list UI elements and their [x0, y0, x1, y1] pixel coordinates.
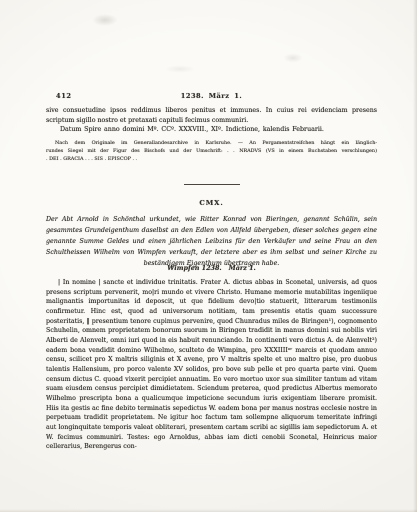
charter-dateline: Wimpfen 1238.März 1.	[46, 264, 377, 272]
charter-regest: Der Abt Arnold in Schönthal urkundet, wi…	[46, 214, 377, 269]
source-note: Nach dem Originale im Generallandesarchi…	[46, 139, 377, 163]
source-note-line: Nach dem Originale im Generallandesarchi…	[46, 139, 377, 147]
source-note-line: . DEI . GRACIA . . . SIS . EPISCOP . .	[46, 155, 377, 163]
running-head-row: 412 1238. März 1.	[46, 92, 377, 100]
scan-artifact	[280, 52, 306, 64]
dateline-date: März 1.	[229, 264, 256, 272]
charter-text: | In nomine | sancte et individue trinit…	[46, 278, 377, 452]
scanned-page: 412 1238. März 1. sive consuetudine ipso…	[0, 0, 417, 512]
scan-artifact	[160, 64, 200, 74]
scan-artifact	[88, 12, 122, 28]
page-number: 412	[56, 92, 72, 100]
dateline-place-year: Wimpfen 1238.	[167, 264, 221, 272]
source-note-line: rundes Siegel mit der Figur des Bischofs…	[46, 147, 377, 155]
section-divider-rule	[184, 184, 240, 185]
previous-charter-datum-line: Datum Spire anno domini Mº. CCº. XXXVIII…	[46, 126, 377, 133]
running-head-title: 1238. März 1.	[46, 92, 377, 100]
scan-edge-shadow	[413, 0, 417, 512]
previous-charter-continuation: sive consuetudine ipsos reddimus liberos…	[46, 106, 377, 125]
charter-number-heading: CMX.	[46, 199, 377, 207]
